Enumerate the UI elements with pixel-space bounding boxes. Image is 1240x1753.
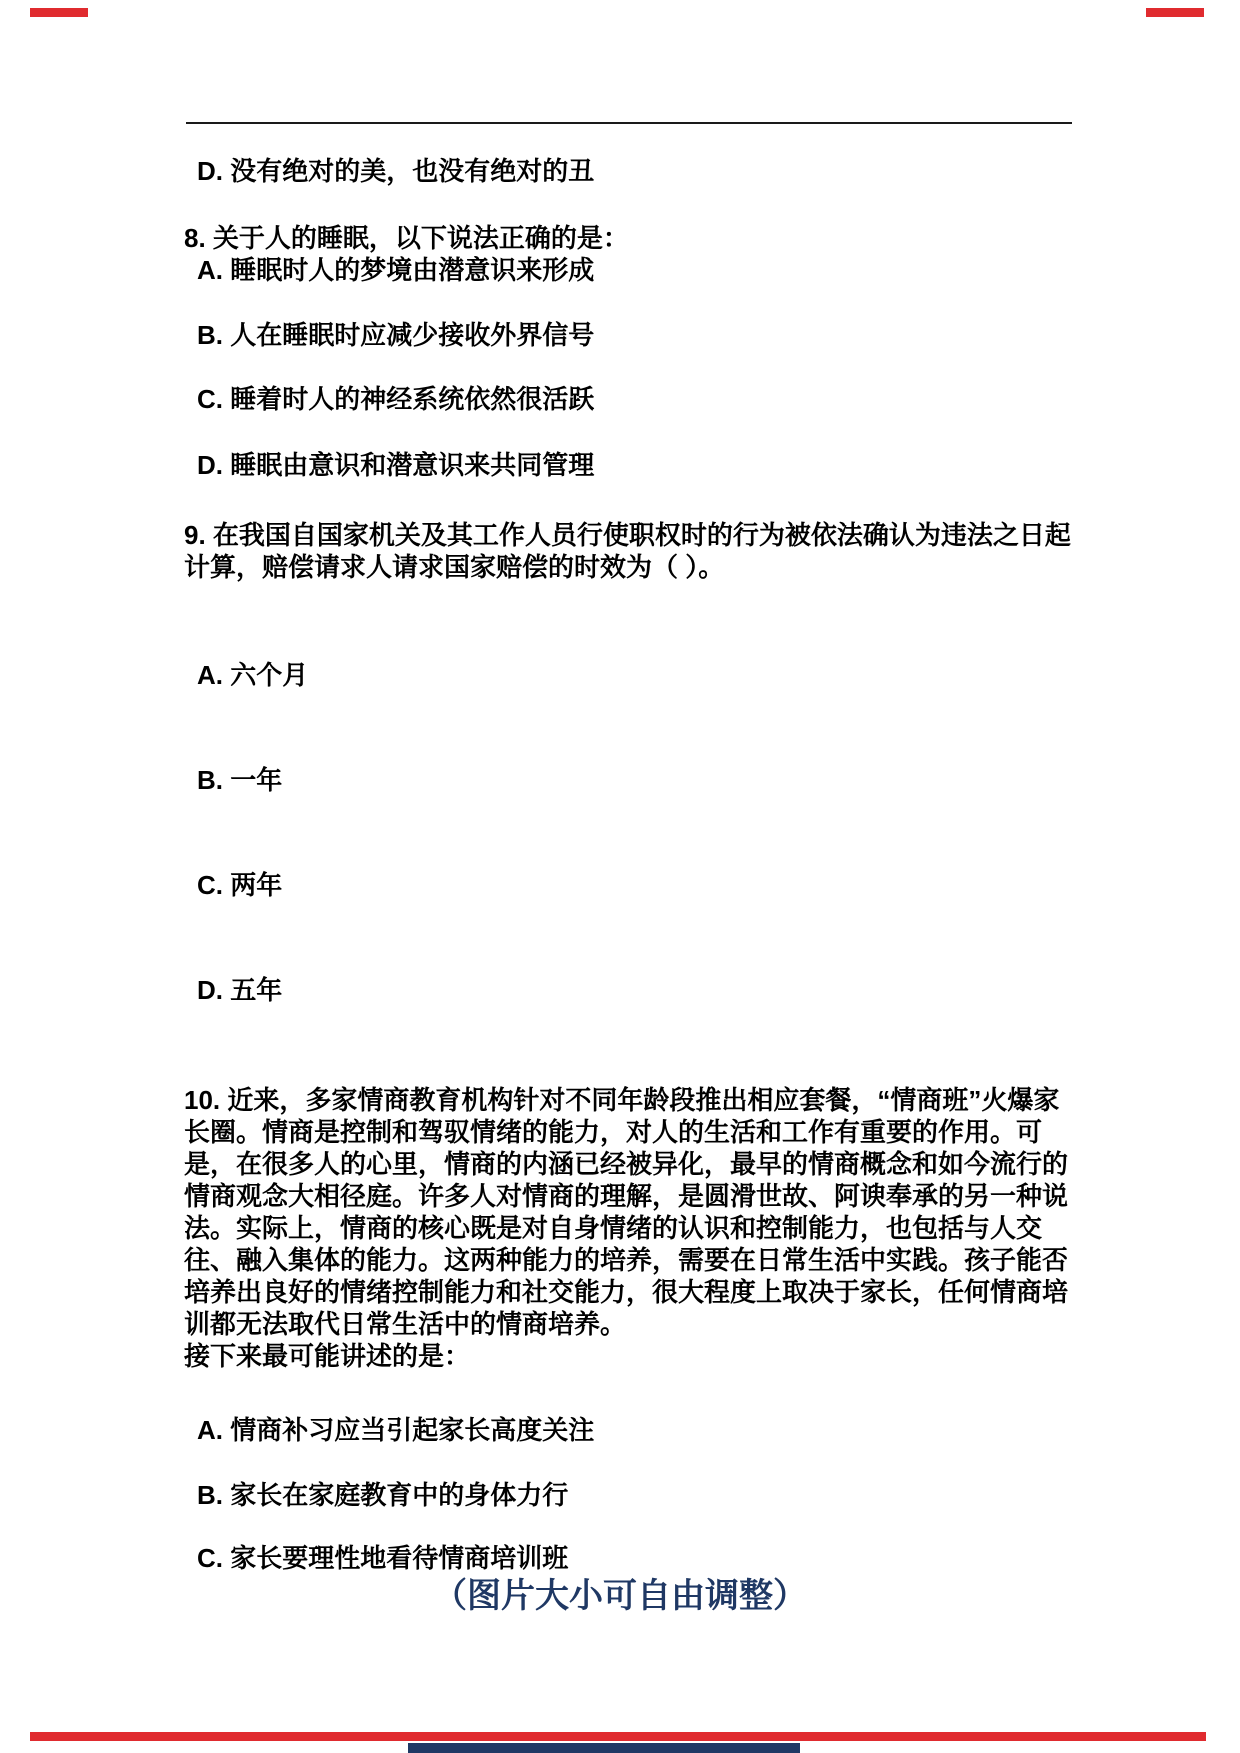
question-9-option-a: A. 六个月: [197, 659, 308, 691]
red-border-mark-top-left: [30, 8, 88, 17]
question-10-paragraph-line: 是，在很多人的心里，情商的内涵已经被异化，最早的情商概念和如今流行的: [184, 1148, 1068, 1180]
question-10-option-b: B. 家长在家庭教育中的身体力行: [197, 1479, 568, 1511]
question-10-option-a: A. 情商补习应当引起家长高度关注: [197, 1414, 594, 1446]
question-10-option-c: C. 家长要理性地看待情商培训班: [197, 1542, 568, 1574]
question-9-stem-line-1: 9. 在我国自国家机关及其工作人员行使职权时的行为被依法确认为违法之日起: [184, 519, 1071, 551]
red-border-mark-bottom: [30, 1732, 1206, 1741]
question-10-paragraph-line: 10. 近来，多家情商教育机构针对不同年龄段推出相应套餐，“情商班”火爆家: [184, 1084, 1059, 1116]
question-10-paragraph-line: 培养出良好的情绪控制能力和社交能力，很大程度上取决于家长，任何情商培: [184, 1276, 1068, 1308]
image-resize-note: （图片大小可自由调整）: [0, 1576, 1240, 1618]
question-8-option-b: B. 人在睡眠时应减少接收外界信号: [197, 319, 594, 351]
question-10-paragraph-line: 长圈。情商是控制和驾驭情绪的能力，对人的生活和工作有重要的作用。可: [184, 1116, 1042, 1148]
question-7-option-d: D. 没有绝对的美，也没有绝对的丑: [197, 155, 594, 187]
question-10-paragraph-line: 情商观念大相径庭。许多人对情商的理解，是圆滑世故、阿谀奉承的另一种说: [184, 1180, 1068, 1212]
header-divider-line: [186, 122, 1072, 124]
question-10-lead-in-line: 接下来最可能讲述的是：: [184, 1340, 470, 1372]
question-8-option-a: A. 睡眠时人的梦境由潜意识来形成: [197, 254, 594, 286]
question-9-option-b: B. 一年: [197, 764, 282, 796]
document-page: D. 没有绝对的美，也没有绝对的丑 8. 关于人的睡眠，以下说法正确的是： A.…: [0, 0, 1240, 1753]
question-9-stem-line-2: 计算，赔偿请求人请求国家赔偿的时效为（ ）。: [184, 551, 724, 583]
question-8-option-d: D. 睡眠由意识和潜意识来共同管理: [197, 449, 594, 481]
question-8-option-c: C. 睡着时人的神经系统依然很活跃: [197, 383, 594, 415]
red-border-mark-top-right: [1146, 8, 1204, 17]
question-10-paragraph-line: 法。实际上，情商的核心既是对自身情绪的认识和控制能力，也包括与人交: [184, 1212, 1042, 1244]
navy-bottom-bar: [408, 1743, 800, 1753]
question-9-option-c: C. 两年: [197, 869, 282, 901]
question-8-stem: 8. 关于人的睡眠，以下说法正确的是：: [184, 222, 629, 254]
question-10-paragraph-line: 往、融入集体的能力。这两种能力的培养，需要在日常生活中实践。孩子能否: [184, 1244, 1068, 1276]
question-10-paragraph-line: 训都无法取代日常生活中的情商培养。: [184, 1308, 626, 1340]
question-9-option-d: D. 五年: [197, 974, 282, 1006]
